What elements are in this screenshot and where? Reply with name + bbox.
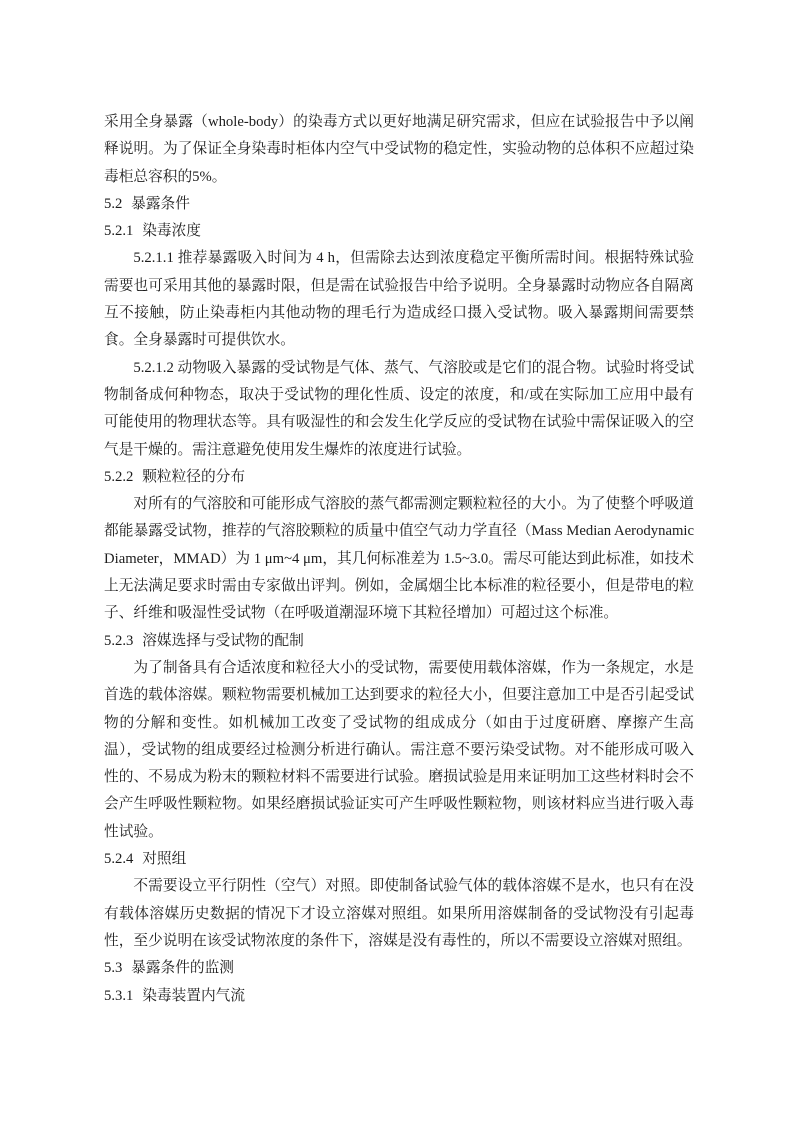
- heading-title: 染毒浓度: [142, 223, 201, 239]
- heading-5-3-1-chamber-airflow: 5.3.1染毒装置内气流: [104, 983, 694, 1010]
- heading-number: 5.3: [104, 960, 122, 976]
- paragraph-vehicle-preparation: 为了制备具有合适浓度和粒径大小的受试物，需要使用载体溶媒，作为一条规定，水是首选…: [104, 655, 694, 846]
- heading-5-2-2-particle-size-distribution: 5.2.2颗粒粒径的分布: [104, 464, 694, 491]
- heading-5-3-exposure-monitoring: 5.3暴露条件的监测: [104, 955, 694, 982]
- heading-number: 5.2.1: [104, 223, 133, 239]
- heading-number: 5.2.4: [104, 851, 133, 867]
- heading-number: 5.3.1: [104, 988, 133, 1004]
- heading-number: 5.2.2: [104, 469, 133, 485]
- paragraph-control-group-requirements: 不需要设立平行阴性（空气）对照。即使制备试验气体的载体溶媒不是水，也只有在没有载…: [104, 873, 694, 955]
- heading-title: 对照组: [142, 851, 186, 867]
- heading-title: 溶媒选择与受试物的配制: [142, 633, 304, 649]
- paragraph-5-2-1-1-exposure-duration: 5.2.1.1 推荐暴露吸入时间为 4 h，但需除去达到浓度稳定平衡所需时间。根…: [104, 245, 694, 354]
- paragraph-whole-body-exposure-continuation: 采用全身暴露（whole-body）的染毒方式以更好地满足研究需求，但应在试验报…: [104, 109, 694, 191]
- heading-title: 颗粒粒径的分布: [142, 469, 245, 485]
- document-page: 采用全身暴露（whole-body）的染毒方式以更好地满足研究需求，但应在试验报…: [0, 0, 793, 1122]
- heading-5-2-1-exposure-concentration: 5.2.1染毒浓度: [104, 218, 694, 245]
- heading-5-2-3-vehicle-selection: 5.2.3溶媒选择与受试物的配制: [104, 628, 694, 655]
- paragraph-5-2-1-2-test-substance-states: 5.2.1.2 动物吸入暴露的受试物是气体、蒸气、气溶胶或是它们的混合物。试验时…: [104, 355, 694, 464]
- heading-title: 暴露条件的监测: [131, 960, 234, 976]
- heading-5-2-4-control-group: 5.2.4对照组: [104, 846, 694, 873]
- heading-title: 染毒装置内气流: [142, 988, 245, 1004]
- heading-title: 暴露条件: [131, 196, 190, 212]
- heading-number: 5.2.3: [104, 633, 133, 649]
- heading-number: 5.2: [104, 196, 122, 212]
- paragraph-particle-size-mmad: 对所有的气溶胶和可能形成气溶胶的蒸气都需测定颗粒粒径的大小。为了使整个呼吸道都能…: [104, 491, 694, 627]
- heading-5-2-exposure-conditions: 5.2暴露条件: [104, 191, 694, 218]
